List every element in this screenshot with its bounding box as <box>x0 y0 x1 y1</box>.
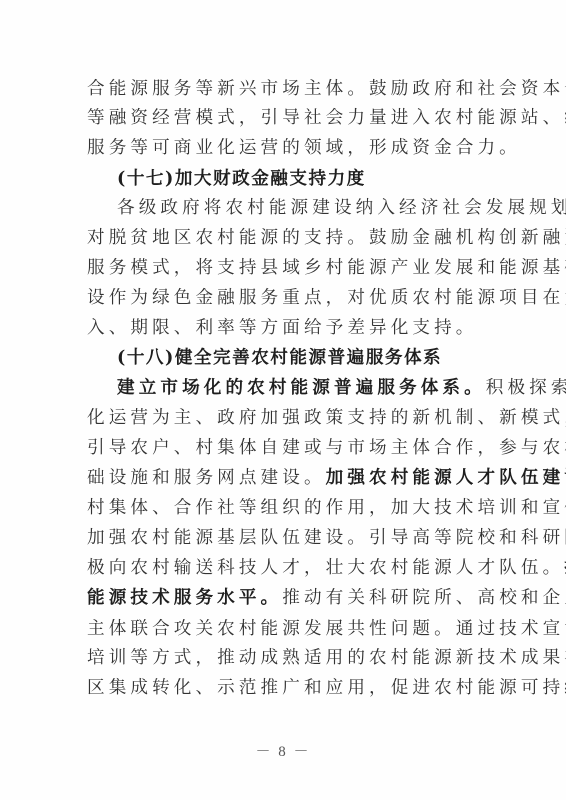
section-heading: (十七)加大财政金融支持力度 <box>117 164 479 194</box>
heading-text: (十七)加大财政金融支持力度 <box>117 168 366 189</box>
text-line: 服务模式，将支持县域乡村能源产业发展和能源基础设施建 <box>87 253 479 283</box>
text-line: 能源技术服务水平。推动有关科研院所、高校和企业等创新 <box>87 583 479 613</box>
text-segment: 培训等方式，推动成熟适用的农村能源新技术成果在农村地 <box>87 648 566 668</box>
text-line: 入、期限、利率等方面给予差异化支持。 <box>87 313 479 343</box>
text-segment: 引导农户、村集体自建或与市场主体合作，参与农村能源基 <box>87 438 566 458</box>
text-segment: 设作为绿色金融服务重点，对优质农村能源项目在贷款准 <box>87 288 566 308</box>
text-segment: 础设施和服务网点建设。 <box>87 468 326 488</box>
text-line: 合能源服务等新兴市场主体。鼓励政府和社会资本合作 PPP <box>87 73 479 103</box>
text-segment: 等融资经营模式，引导社会力量进入农村能源站、综合能源 <box>87 108 566 128</box>
text-segment: 各级政府将农村能源建设纳入经济社会发展规划，加强 <box>117 198 566 218</box>
heading-text: (十八)健全完善农村能源普遍服务体系 <box>117 347 442 368</box>
text-line: 等融资经营模式，引导社会力量进入农村能源站、综合能源 <box>87 103 479 133</box>
text-segment: 极向农村输送科技人才，壮大农村能源人才队伍。 <box>87 558 564 578</box>
text-line: 设作为绿色金融服务重点，对优质农村能源项目在贷款准 <box>87 283 479 313</box>
text-line: 服务等可商业化运营的领域，形成资金合力。 <box>87 133 479 163</box>
text-segment: 合能源服务等新兴市场主体。鼓励政府和社会资本合作 <box>87 79 566 99</box>
text-segment: 推动有关科研院所、高校和企业等创新 <box>282 588 566 608</box>
text-line: 对脱贫地区农村能源的支持。鼓励金融机构创新融资方式和 <box>87 223 479 253</box>
document-page: 合能源服务等新兴市场主体。鼓励政府和社会资本合作 PPP等融资经营模式，引导社会… <box>0 0 566 800</box>
text-segment: 主体联合攻关农村能源发展共性问题。通过技术宣讲、入户 <box>87 619 566 639</box>
text-line: 引导农户、村集体自建或与市场主体合作，参与农村能源基 <box>87 433 479 463</box>
text-line: 培训等方式，推动成熟适用的农村能源新技术成果在农村地 <box>87 643 479 673</box>
text-segment: 对脱贫地区农村能源的支持。鼓励金融机构创新融资方式和 <box>87 228 566 248</box>
text-segment: 化运营为主、政府加强政策支持的新机制、新模式，鼓励和 <box>87 408 566 428</box>
text-segment: 加强农村能源基层队伍建设。引导高等院校和科研院所，积 <box>87 528 566 548</box>
page-number: － 8 － <box>0 740 566 761</box>
text-line: 各级政府将农村能源建设纳入经济社会发展规划，加强 <box>117 193 479 223</box>
text-line: 村集体、合作社等组织的作用，加大技术培训和宣传力度， <box>87 493 479 523</box>
text-line: 加强农村能源基层队伍建设。引导高等院校和科研院所，积 <box>87 523 479 553</box>
text-line: 础设施和服务网点建设。加强农村能源人才队伍建设。发挥 <box>87 463 479 493</box>
text-line: 建立市场化的农村能源普遍服务体系。积极探索以市场 <box>117 373 479 403</box>
section-heading: (十八)健全完善农村能源普遍服务体系 <box>117 343 479 373</box>
text-line: 化运营为主、政府加强政策支持的新机制、新模式，鼓励和 <box>87 403 479 433</box>
text-segment: 积极探索以市场 <box>486 378 566 398</box>
text-line: 极向农村输送科技人才，壮大农村能源人才队伍。提高农村 <box>87 553 479 583</box>
text-segment: 入、期限、利率等方面给予差异化支持。 <box>87 318 478 338</box>
text-segment: 区集成转化、示范推广和应用，促进农村能源可持续发展。 <box>87 678 566 698</box>
text-line: 区集成转化、示范推广和应用，促进农村能源可持续发展。 <box>87 673 479 703</box>
text-segment: 村集体、合作社等组织的作用，加大技术培训和宣传力度， <box>87 498 566 518</box>
bold-phrase: 加强农村能源人才队伍建设。 <box>326 467 566 488</box>
text-segment: 服务模式，将支持县域乡村能源产业发展和能源基础设施建 <box>87 258 566 278</box>
text-line: 主体联合攻关农村能源发展共性问题。通过技术宣讲、入户 <box>87 614 479 644</box>
bold-phrase: 建立市场化的农村能源普遍服务体系。 <box>117 377 486 398</box>
bold-phrase: 能源技术服务水平。 <box>87 587 282 608</box>
text-segment: 服务等可商业化运营的领域，形成资金合力。 <box>87 138 521 158</box>
